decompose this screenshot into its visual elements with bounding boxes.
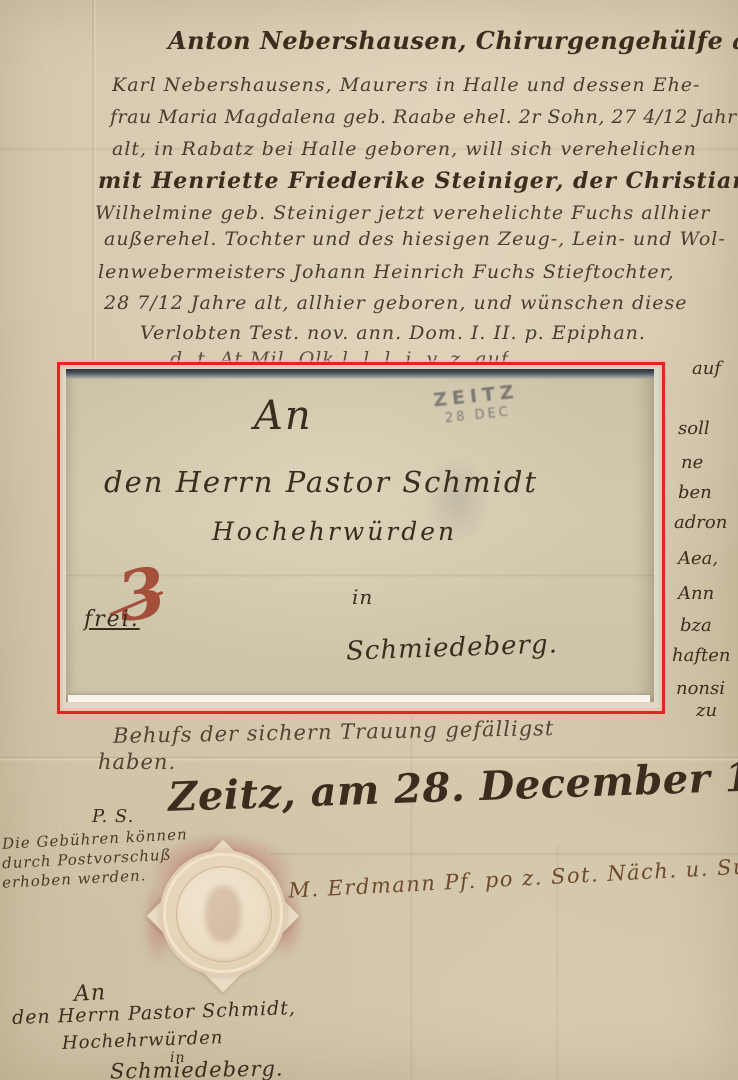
letter-line-fragment: Ann (678, 583, 714, 604)
letter-line-fragment: nonsi (676, 678, 725, 699)
letter-line: 28 7/12 Jahre alt, allhier geboren, und … (104, 292, 687, 314)
letter-line-fragment: haften (672, 645, 730, 666)
bottom-address-honorific: Hochehrwürden (62, 1027, 224, 1054)
signature: M. Erdmann Pf. po z. Sot. Näch. u. Sup. (288, 853, 738, 902)
envelope-cover: ZEITZ 28 DEC An den Herrn Pastor Schmidt… (66, 369, 654, 702)
letter-line: Karl Nebershausens, Maurers in Halle und… (112, 74, 700, 96)
fold-crease-vertical (92, 0, 96, 362)
envelope-salutation: An (254, 393, 313, 439)
wax-seal (143, 838, 303, 996)
seal-emblem (205, 886, 241, 942)
envelope-destination: Schmiedeberg. (346, 629, 559, 666)
letter-line: Verlobten Test. nov. ann. Dom. I. II. p.… (140, 322, 646, 344)
letter-line: Wilhelmine geb. Steiniger jetzt vereheli… (95, 202, 710, 224)
letter-line: außerehel. Tochter und des hiesigen Zeug… (104, 228, 726, 250)
fold-crease-horizontal (270, 852, 738, 856)
photo-edge-shadow (66, 369, 654, 379)
envelope-franking-note: frei. (84, 607, 140, 632)
letter-line-fragment: soll (678, 418, 710, 439)
letter-line: alt, in Rabatz bei Halle geboren, will s… (112, 138, 697, 160)
letter-line: Anton Nebershausen, Chirurgengehülfe all… (168, 26, 738, 55)
zeitz-postmark-stamp: ZEITZ 28 DEC (432, 381, 521, 428)
letter-line: lenwebermeisters Johann Heinrich Fuchs S… (98, 261, 675, 283)
closing-line: haben. (98, 750, 176, 774)
dateline: Zeitz, am 28. December 1836. (167, 750, 738, 821)
letter-line-fragment: zu (696, 700, 717, 721)
envelope-honorific: Hochehrwürden (212, 517, 457, 546)
ps-label: P. S. (92, 806, 134, 827)
letter-line-fragment: ben (678, 482, 712, 503)
letter-line-fragment: bza (680, 615, 712, 636)
envelope-preposition: in (352, 585, 373, 609)
letter-line-fragment: ne (681, 452, 703, 473)
bottom-address-addressee: den Herrn Pastor Schmidt, (12, 997, 297, 1029)
letter-line-fragment: adron (674, 512, 727, 533)
photo-edge-highlight (68, 695, 650, 702)
letter-line: frau Maria Magdalena geb. Raabe ehel. 2r… (110, 106, 737, 128)
letter-line-fragment: Aea, (678, 548, 718, 569)
envelope-fold-crease (66, 574, 654, 577)
letter-line-fragment: auf (692, 358, 721, 379)
bottom-address-destination: Schmiedeberg. (110, 1056, 284, 1080)
letter-line-partially-covered: d. t. At Mil. Olk l. l. l. i. v. z. auf (170, 348, 509, 362)
letter-line: mit Henriette Friederike Steiniger, der … (98, 168, 738, 194)
closing-line: Behufs der sichern Trauung gefälligst (113, 716, 555, 748)
envelope-addressee: den Herrn Pastor Schmidt (104, 465, 538, 499)
letter-page: Anton Nebershausen, Chirurgengehülfe all… (0, 0, 738, 1080)
cover-photo-red-frame: ZEITZ 28 DEC An den Herrn Pastor Schmidt… (57, 362, 665, 714)
